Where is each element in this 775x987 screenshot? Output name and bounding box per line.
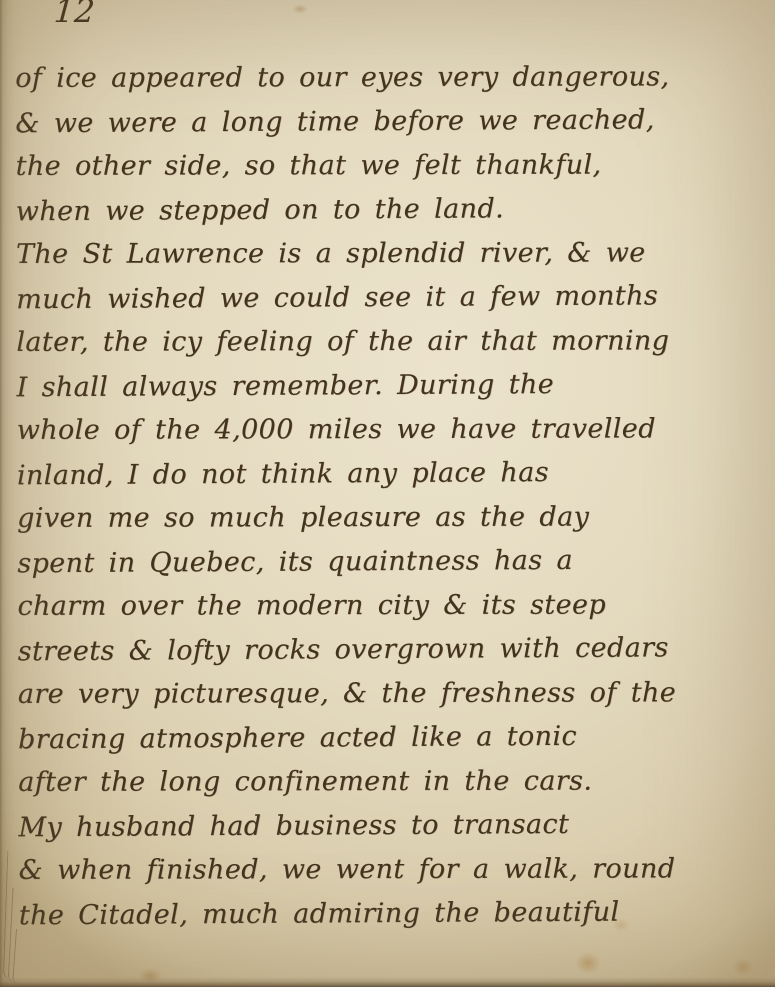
manuscript-line: My husband had business to transact bbox=[18, 802, 770, 851]
manuscript-line: given me so much pleasure as the day bbox=[17, 495, 769, 541]
page-bottom-edge bbox=[0, 977, 775, 987]
manuscript-text: of ice appeared to our eyes very dangero… bbox=[15, 54, 771, 937]
manuscript-line: bracing atmosphere acted like a tonic bbox=[18, 714, 770, 763]
manuscript-line: after the long confinement in the cars. bbox=[18, 759, 770, 805]
manuscript-line: of ice appeared to our eyes very dangero… bbox=[15, 55, 767, 101]
manuscript-line: when we stepped on to the land. bbox=[16, 186, 768, 235]
manuscript-line: charm over the modern city & its steep bbox=[17, 583, 769, 629]
manuscript-line: much wished we could see it a few months bbox=[16, 274, 768, 323]
manuscript-line: the other side, so that we felt thankful… bbox=[16, 143, 768, 189]
manuscript-line: later, the icy feeling of the air that m… bbox=[16, 319, 768, 365]
manuscript-line: streets & lofty rocks overgrown with ced… bbox=[18, 626, 770, 675]
manuscript-line: the Citadel, much admiring the beautiful bbox=[19, 890, 771, 939]
foxing-stain bbox=[732, 958, 754, 976]
page-number: 12 bbox=[53, 0, 96, 30]
manuscript-line: & when finished, we went for a walk, rou… bbox=[19, 847, 771, 893]
foxing-stain bbox=[575, 952, 601, 974]
foxing-stain bbox=[292, 4, 308, 14]
manuscript-line: inland, I do not think any place has bbox=[17, 450, 769, 499]
manuscript-line: & we were a long time before we reached, bbox=[15, 98, 767, 147]
manuscript-line: are very picturesque, & the freshness of… bbox=[18, 671, 770, 717]
binding-gutter-shadow bbox=[0, 0, 26, 987]
manuscript-line: whole of the 4,000 miles we have travell… bbox=[17, 407, 769, 453]
manuscript-line: spent in Quebec, its quaintness has a bbox=[17, 538, 769, 587]
manuscript-line: The St Lawrence is a splendid river, & w… bbox=[16, 231, 768, 277]
manuscript-page: 12 of ice appeared to our eyes very dang… bbox=[0, 0, 775, 987]
manuscript-line: I shall always remember. During the bbox=[16, 362, 768, 411]
